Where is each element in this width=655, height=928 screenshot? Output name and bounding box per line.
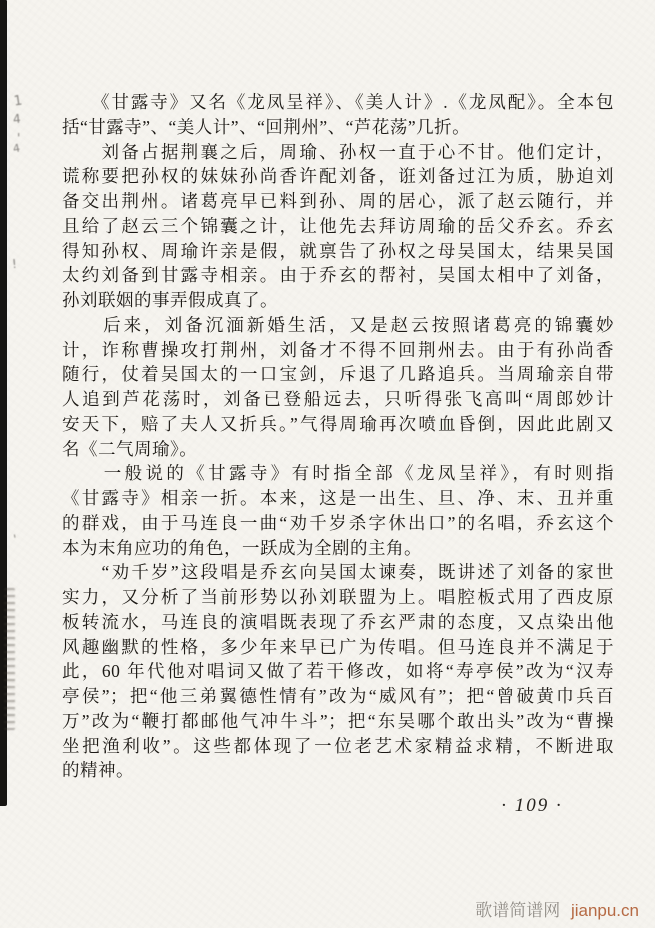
text-line: 亭侯”；把“他三弟翼德性情有”改为“威风有”；把“曾破黄巾兵百 xyxy=(62,684,614,709)
page-number: · 109 · xyxy=(452,795,612,817)
margin-pencil-mark: 1 xyxy=(13,94,23,108)
text-line: 太约刘备到甘露寺相亲。由于乔玄的帮衬，吴国太相中了刘备， xyxy=(62,263,614,288)
text-line: 一般说的《甘露寺》有时指全部《龙凤呈祥》，有时则指 xyxy=(62,461,614,486)
watermark: 歌谱简谱网 jianpu.cn xyxy=(475,896,639,921)
text-line: 坐把渔利收”。这些都体现了一位老艺术家精益求精，不断进取 xyxy=(62,734,614,759)
text-line: 《甘露寺》相亲一折。本来，这是一出生、旦、净、末、丑并重 xyxy=(62,486,614,511)
text-line: 后来，刘备沉湎新婚生活，又是赵云按照诸葛亮的锦囊妙 xyxy=(62,313,614,338)
text-line: 风趣幽默的性格，多少年来早已广为传唱。但马连良并不满足于 xyxy=(62,635,614,660)
watermark-site-name: 歌谱简谱网 xyxy=(475,901,560,920)
margin-handwriting-scribble xyxy=(4,588,15,730)
text-line: 随行，仗着吴国太的一口宝剑，斥退了几路追兵。当周瑜亲自带 xyxy=(62,362,614,387)
text-line: 刘备占据荆襄之后，周瑜、孙权一直于心不甘。他们定计， xyxy=(62,140,614,165)
body-text: 《甘露寺》又名《龙凤呈祥》、《美人计》.《龙凤配》。全本包括“甘露寺”、“美人计… xyxy=(62,90,614,783)
text-line: 人追到芦花荡时，刘备已登船远去，只听得张飞高叫“周郎妙计 xyxy=(62,387,614,412)
margin-pencil-mark: ! xyxy=(11,258,17,270)
text-line: 板转流水，马连良的演唱既表现了乔玄严肃的态度，又点染出他 xyxy=(62,610,614,635)
text-line: 万”改为“鞭打都邮他气冲牛斗”；把“东吴哪个敢出头”改为“曹操 xyxy=(62,709,614,734)
text-line: 括“甘露寺”、“美人计”、“回荆州”、“芦花荡”几折。 xyxy=(62,115,614,140)
text-line: 《甘露寺》又名《龙凤呈祥》、《美人计》.《龙凤配》。全本包 xyxy=(62,90,614,115)
text-line: 安天下，赔了夫人又折兵。”气得周瑜再次喷血昏倒，因此此剧又 xyxy=(62,412,614,437)
text-line: 得知孙权、周瑜许亲是假，就禀告了孙权之母吴国太，结果吴国 xyxy=(62,239,614,264)
text-line: 本为末角应功的角色，一跃成为全剧的主角。 xyxy=(62,536,614,561)
text-line: “劝千岁”这段唱是乔玄向吴国太谏奏，既讲述了刘备的家世 xyxy=(62,560,614,585)
text-line: 实力，又分析了当前形势以孙刘联盟为上。唱腔板式用了西皮原 xyxy=(62,585,614,610)
text-line: 且给了赵云三个锦囊之计，让他先去拜访周瑜的岳父乔玄。乔玄 xyxy=(62,214,614,239)
text-line: 谎称要把孙权的妹妹孙尚香许配刘备，诳刘备过江为质，胁迫刘 xyxy=(62,164,614,189)
text-line: 孙刘联姻的事弄假成真了。 xyxy=(62,288,614,313)
margin-pencil-mark: - xyxy=(9,533,22,539)
text-line: 此，60 年代他对唱词又做了若干修改，如将“寿亭侯”改为“汉寿 xyxy=(62,659,614,684)
text-line: 备交出荆州。诸葛亮早已料到孙、周的居心，派了赵云随行，并 xyxy=(62,189,614,214)
watermark-site-url: jianpu.cn xyxy=(571,901,639,920)
margin-pencil-mark: 4 xyxy=(12,113,21,126)
text-line: 计，诈称曹操攻打荆州，刘备才不得不回荆州去。由于有孙尚香 xyxy=(62,338,614,363)
text-line: 的群戏，由于马连良一曲“劝千岁杀字休出口”的名唱，乔玄这个 xyxy=(62,511,614,536)
text-line: 名《二气周瑜》。 xyxy=(62,437,614,462)
text-line: 的精神。 xyxy=(62,758,614,783)
